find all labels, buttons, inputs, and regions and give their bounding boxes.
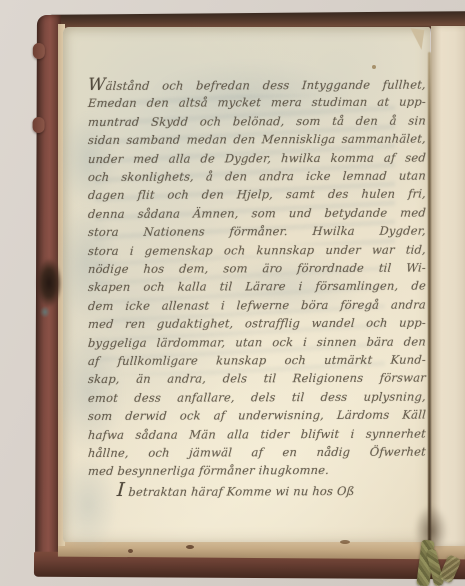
handwritten-line: denna sådana Ämnen, som und betydande me…	[87, 203, 426, 222]
handwritten-line: hållne, och jämwäl af en nådig Öfwerhet	[87, 443, 426, 462]
handwritten-line: af fullkomligare kunskap och utmärkt Kun…	[87, 351, 426, 370]
handwritten-line: skapen och kalla til Lärare i församling…	[87, 277, 426, 296]
handwritten-line: och skonlighets, å den andra icke lemnad…	[87, 167, 426, 186]
handwritten-line: I betraktan häraf Komme wi nu hos Oß	[116, 480, 407, 499]
handwritten-line: emot dess anfallare, dels til dess uplys…	[87, 387, 426, 406]
handwritten-line: med ren gudaktighet, ostrafflig wandel o…	[87, 314, 426, 333]
handwritten-line: dagen flit och den Hjelp, samt des hulen…	[87, 185, 426, 204]
handwritten-line: under med alla de Dygder, hwilka komma a…	[87, 148, 426, 167]
handwritten-line: Emedan den altså mycket mera studiman at…	[87, 93, 426, 112]
handwritten-line: Wälstånd och befredan dess Intyggande fu…	[87, 75, 426, 94]
handwritten-line: skap, än andra, dels til Religionens för…	[87, 369, 426, 388]
handwritten-line: stora Nationens förmåner. Hwilka Dygder,	[87, 222, 426, 241]
handwritten-line: stora i gemenskap och kunnskap under war…	[87, 240, 426, 259]
handwritten-line: dem icke allenast i lefwerne böra föregå…	[87, 295, 426, 314]
handwritten-text-block: Wälstånd och befredan dess Intyggande fu…	[0, 0, 465, 586]
scanned-book-photo: Wälstånd och befredan dess Intyggande fu…	[0, 0, 465, 586]
handwritten-line: hafwa sådana Män alla tider blifwit i sy…	[87, 424, 426, 443]
handwritten-line: som derwid ock af underwisning, Lärdoms …	[87, 406, 426, 425]
handwritten-line: nödige hos dem, som äro förordnade til W…	[87, 259, 426, 278]
handwritten-line: sidan samband medan den Menniskliga samm…	[87, 130, 426, 149]
handwritten-line: muntrad Skydd och belönad, som tå den å …	[87, 111, 426, 130]
handwritten-line: byggeliga lärdommar, utan ock i sinnen b…	[87, 332, 426, 351]
handwritten-line: med besynnerliga förmåner ihugkomne.	[87, 461, 426, 480]
